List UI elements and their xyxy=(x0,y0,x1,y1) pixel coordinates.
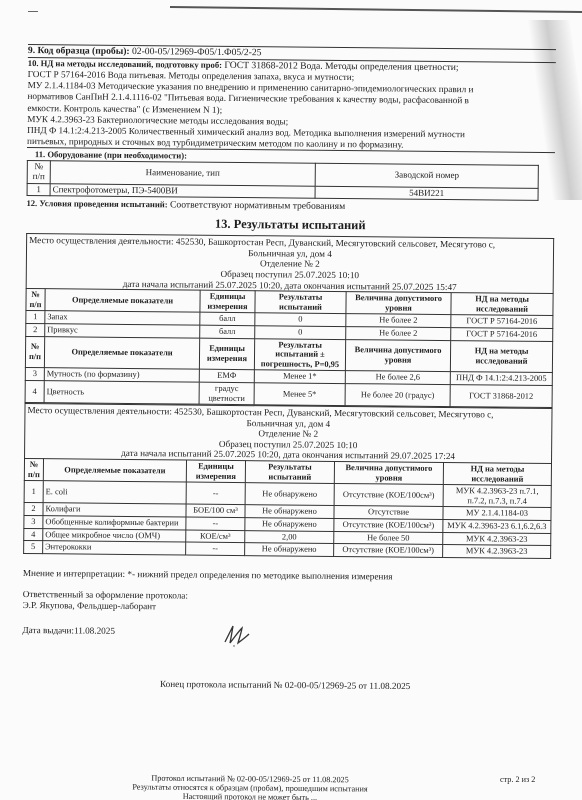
row-limit: Отсутствие (КОЕ/100см³) xyxy=(334,544,443,558)
row-method: МУК 4.2.3963-23 п.7.1, п.7.2, п.7.3, п.7… xyxy=(443,485,551,508)
row-method: МУК 4.2.3963-23 xyxy=(443,532,551,546)
row-unit: балл xyxy=(200,313,255,326)
eq-serial: 54ВИ221 xyxy=(315,186,538,201)
row-indicator: E. coli xyxy=(43,481,186,505)
equipment-table: № п/п Наименование, тип Заводской номер … xyxy=(27,160,539,201)
results-block-1-header: Место осуществления деятельности: 452530… xyxy=(26,233,555,293)
row-limit: Отсутствие (КОЕ/100см³) xyxy=(334,484,443,507)
results-table-2: № п/п Определяемые показатели Единицы из… xyxy=(23,458,552,559)
document-content: 9. Код образца (пробы): 02-00-05/12969-Ф… xyxy=(22,44,556,641)
row-unit: БОЕ/100 см³ xyxy=(186,504,245,517)
eq-header-serial: Заводской номер xyxy=(315,164,538,188)
row-limit: Отсутствие xyxy=(334,506,443,520)
opinion-text: Мнение и интерпретации: *- нижний предел… xyxy=(23,568,551,584)
row-result: 2,00 xyxy=(245,530,334,543)
row-num: 3 xyxy=(25,368,44,381)
col-num: № п/п xyxy=(26,289,45,311)
row-limit: Не более 2,6 xyxy=(345,371,450,385)
row-num: 1 xyxy=(24,481,43,503)
col-result-uncertainty: Результаты испытаний ± погрешность, Р=0,… xyxy=(254,338,345,371)
col-indicator: Определяемые показатели xyxy=(45,289,200,313)
section-12-label: 12. Условия проведения испытаний: xyxy=(26,198,167,209)
row-unit: -- xyxy=(186,517,245,530)
col-result: Результаты испытаний xyxy=(255,291,346,314)
col-unit: Единицы измерения xyxy=(186,460,245,483)
row-num: 5 xyxy=(24,541,43,554)
eq-header-num: № п/п xyxy=(27,161,50,183)
col-method: НД на методы исследований xyxy=(443,463,551,486)
row-unit: -- xyxy=(186,542,245,555)
row-limit: Не более 50 xyxy=(334,531,443,545)
eq-name: Спектрофотометры, ПЭ-5400ВИ xyxy=(50,183,315,198)
row-num: 3 xyxy=(24,516,43,529)
section-12: 12. Условия проведения испытаний: Соотве… xyxy=(26,198,554,214)
col-method: НД на методы исследований xyxy=(450,340,552,373)
section-9-label: 9. Код образца (пробы): xyxy=(28,45,130,57)
col-limit: Величина допустимого уровня xyxy=(345,339,450,372)
row-indicator: Цветность xyxy=(44,381,199,405)
row-method: ГОСТ Р 57164-2016 xyxy=(451,328,553,342)
row-indicator: Энтерококки xyxy=(43,541,186,555)
row-method: МУК 4.2.3963-23 6.1,6.2,6.3 xyxy=(443,520,551,534)
row-num: 4 xyxy=(24,528,43,541)
row-limit: Отсутствие (КОЕ/100см³) xyxy=(334,519,443,533)
results-block-2-header: Место осуществления деятельности: 452530… xyxy=(24,403,553,463)
eq-num: 1 xyxy=(27,183,50,196)
scan-mark xyxy=(28,11,38,12)
row-result: 0 xyxy=(255,326,346,339)
row-result: Менее 1* xyxy=(254,370,345,383)
section-10-label: 10. НД на методы исследований, подготовк… xyxy=(28,58,222,70)
page-edge-line xyxy=(170,6,582,13)
row-num: 4 xyxy=(25,380,44,402)
page-number: стр. 2 из 2 xyxy=(500,775,535,784)
row-num: 1 xyxy=(26,311,45,324)
col-num: № п/п xyxy=(25,336,44,368)
col-unit: Единицы измерения xyxy=(199,338,254,370)
row-unit: градус цветности xyxy=(199,382,254,405)
results-title: 13. Результаты испытаний xyxy=(26,215,554,235)
results-table-1: № п/п Определяемые показатели Единицы из… xyxy=(25,288,554,408)
row-unit: КОЕ/см³ xyxy=(186,530,245,543)
row-result: Не обнаружено xyxy=(245,505,334,518)
section-10-body: ГОСТ Р 57164-2016 Вода питьевая. Методы … xyxy=(27,69,556,153)
row-num: 2 xyxy=(26,323,45,336)
row-num: 2 xyxy=(24,503,43,516)
row-limit: Не более 2 xyxy=(346,327,451,341)
row-method: ГОСТ Р 57164-2016 xyxy=(451,315,553,329)
row-method: ГОСТ 31868-2012 xyxy=(450,384,552,407)
row-result: Не обнаружено xyxy=(245,483,334,506)
issue-date: Дата выдачи:11.08.2025 xyxy=(22,625,550,641)
eq-header-name: Наименование, тип xyxy=(50,161,315,186)
row-unit: ЕМФ xyxy=(199,369,254,382)
col-limit: Величина допустимого уровня xyxy=(346,292,451,315)
col-num: № п/п xyxy=(24,459,43,481)
row-method: МУ 2.1.4.1184-03 xyxy=(443,507,551,521)
col-method: НД на методы исследований xyxy=(451,293,553,316)
test-conditions: Соответствуют нормативным требованиям xyxy=(170,200,345,213)
signature-icon xyxy=(222,622,252,648)
col-unit: Единицы измерения xyxy=(200,290,255,313)
row-result: Не обнаружено xyxy=(245,543,334,556)
col-indicator: Определяемые показатели xyxy=(43,459,186,483)
row-unit: -- xyxy=(186,482,245,505)
document-page: 9. Код образца (пробы): 02-00-05/12969-Ф… xyxy=(0,0,582,800)
col-limit: Величина допустимого уровня xyxy=(334,462,443,485)
row-result: Не обнаружено xyxy=(245,518,334,531)
row-limit: Не более 2 xyxy=(346,314,451,328)
row-result: Менее 5* xyxy=(254,383,345,406)
row-method: ПНД Ф 14.1:2:4.213-2005 xyxy=(450,372,552,386)
row-method: МУК 4.2.3963-23 xyxy=(443,545,551,559)
row-limit: Не более 20 (градус) xyxy=(345,383,450,406)
col-result: Результаты испытаний xyxy=(245,461,334,484)
col-indicator: Определяемые показатели xyxy=(44,336,199,369)
row-unit: балл xyxy=(200,325,255,338)
end-of-protocol: Конец протокола испытаний № 02-00-05/129… xyxy=(160,679,410,691)
row-result: 0 xyxy=(255,313,346,326)
sample-code: 02-00-05/12969-Ф05/1.Ф05/2-25 xyxy=(132,46,262,58)
